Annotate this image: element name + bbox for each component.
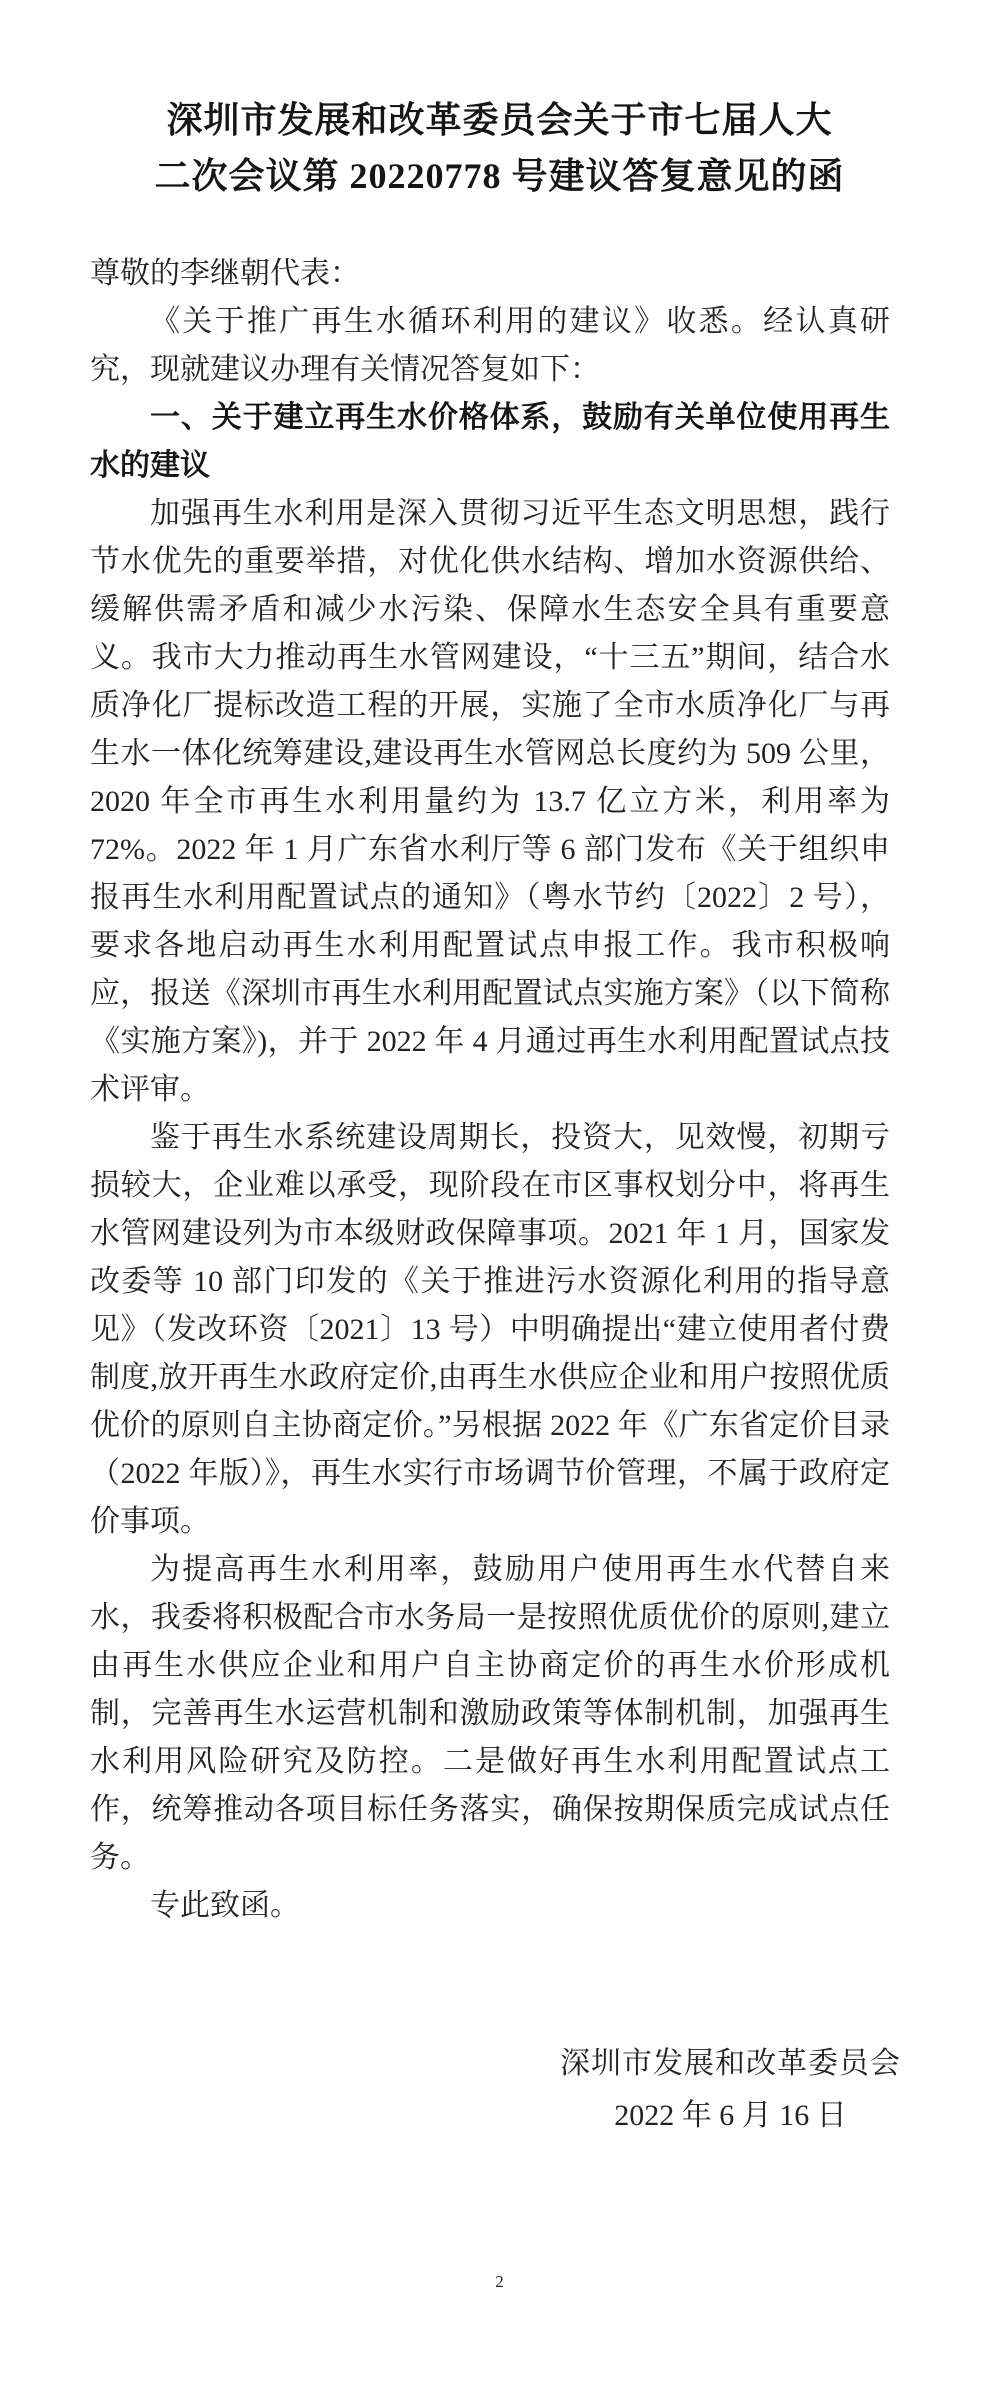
section-heading: 一、关于建立再生水价格体系，鼓励有关单位使用再生水的建议 [90, 394, 890, 490]
document-title-line-2: 二次会议第 20220778 号建议答复意见的函 [70, 148, 929, 204]
letter-paragraph-1: 加强再生水利用是深入贯彻习近平生态文明思想，践行节水优先的重要举措，对优化供水结… [90, 490, 890, 1114]
signature-date: 2022 年 6 月 16 日 [560, 2090, 901, 2142]
letter-salutation: 尊敬的李继朝代表： [90, 250, 890, 298]
letter-paragraph-3: 为提高再生水利用率，鼓励用户使用再生水代替自来水，我委将积极配合市水务局一是按照… [90, 1546, 890, 1882]
page-number: 2 [0, 2272, 999, 2292]
document-title: 深圳市发展和改革委员会关于市七届人大 二次会议第 20220778 号建议答复意… [0, 92, 999, 204]
signature-block: 深圳市发展和改革委员会 2022 年 6 月 16 日 [560, 2038, 901, 2142]
signature-organization: 深圳市发展和改革委员会 [560, 2038, 901, 2090]
document-title-line-1: 深圳市发展和改革委员会关于市七届人大 [70, 92, 929, 148]
document-page: 深圳市发展和改革委员会关于市七届人大 二次会议第 20220778 号建议答复意… [0, 0, 999, 2400]
letter-body: 尊敬的李继朝代表： 《关于推广再生水循环利用的建议》收悉。经认真研究，现就建议办… [90, 250, 890, 1930]
letter-closing: 专此致函。 [90, 1882, 890, 1930]
letter-paragraph-2: 鉴于再生水系统建设周期长，投资大，见效慢，初期亏损较大，企业难以承受，现阶段在市… [90, 1114, 890, 1546]
letter-intro-paragraph: 《关于推广再生水循环利用的建议》收悉。经认真研究，现就建议办理有关情况答复如下： [90, 298, 890, 394]
